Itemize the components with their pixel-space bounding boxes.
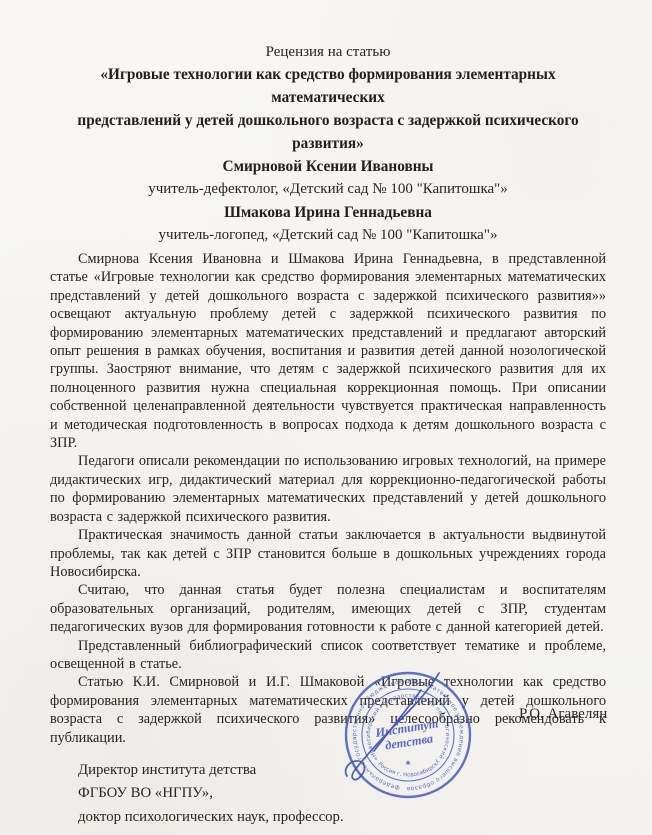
author2-name: Шмакова Ирина Геннадьевна	[50, 201, 606, 224]
body-paragraph: Представленный библиографический список …	[50, 637, 606, 674]
article-title-line1: «Игровые технологии как средство формиро…	[50, 63, 606, 109]
stamp-star-separator: ✱	[405, 760, 410, 767]
official-stamp: федеральное государственное бюджетное об…	[333, 660, 483, 810]
document-page: Рецензия на статью «Игровые технологии к…	[0, 0, 652, 835]
body-paragraph: Смирнова Ксения Ивановна и Шмакова Ирина…	[50, 250, 606, 452]
review-body: Смирнова Ксения Ивановна и Шмакова Ирина…	[50, 250, 606, 747]
body-paragraph: Считаю, что данная статья будет полезна …	[50, 581, 606, 636]
stamp-graphic: федеральное государственное бюджетное об…	[333, 660, 483, 810]
author1-role: учитель-дефектолог, «Детский сад № 100 "…	[50, 178, 606, 201]
review-label: Рецензия на статью	[50, 42, 606, 63]
author1-name: Смирновой Ксении Ивановны	[50, 155, 606, 178]
article-title-line2: представлений у детей дошкольного возрас…	[50, 109, 606, 155]
signature-block: Директор института детства ФГБОУ ВО «НГП…	[50, 759, 606, 830]
body-paragraph: Педагоги описали рекомендации по использ…	[50, 452, 606, 526]
signer-name: Р.О. Агавелян	[519, 706, 607, 723]
body-paragraph: Практическая значимость данной статьи за…	[50, 526, 606, 581]
author2-role: учитель-логопед, «Детский сад № 100 "Кап…	[50, 224, 606, 247]
